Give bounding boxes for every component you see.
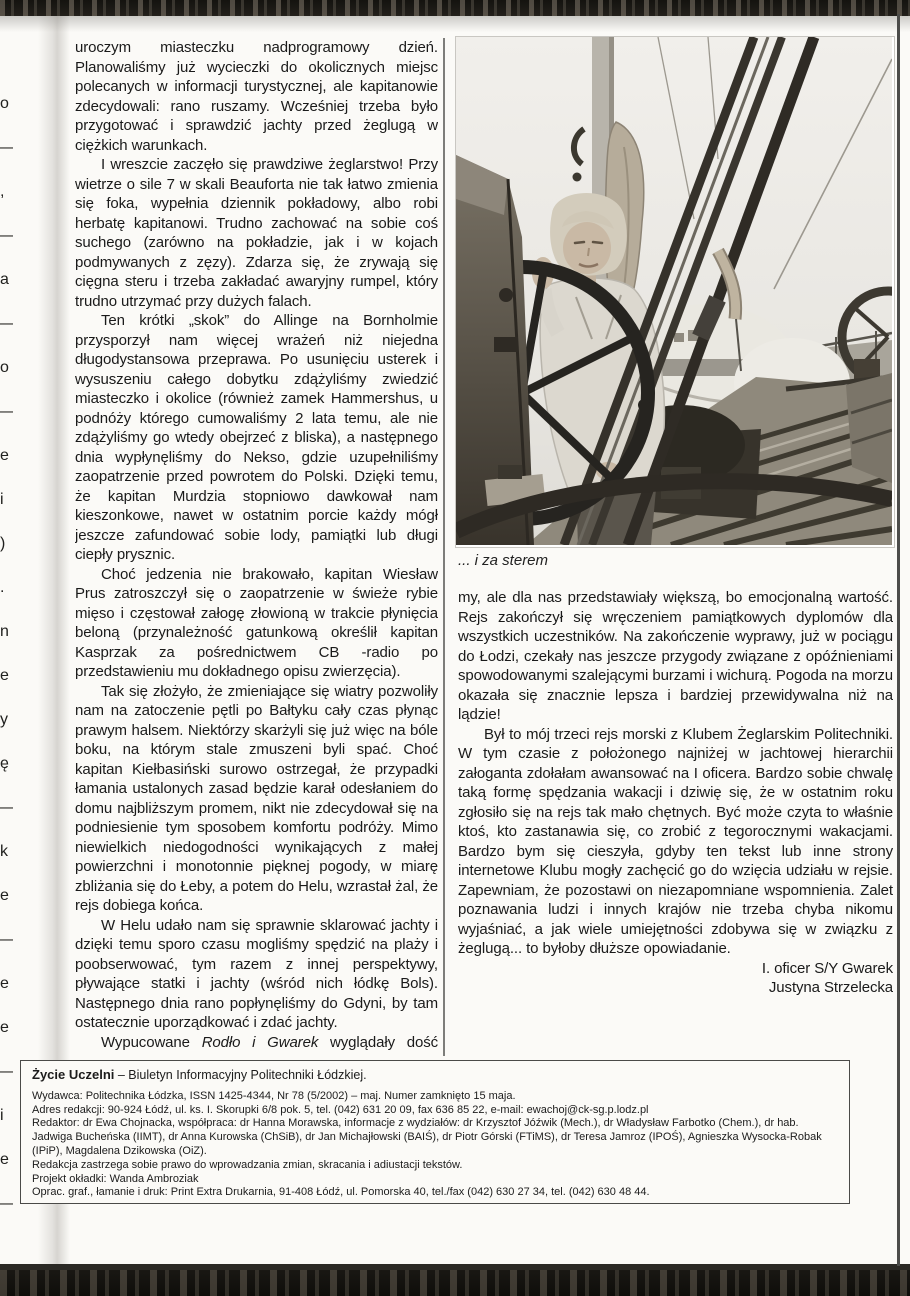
paragraph: Był to mój trzeci rejs morski z Klubem Ż… — [458, 725, 893, 959]
imprint-title: Życie Uczelni – Biuletyn Informacyjny Po… — [32, 1068, 838, 1083]
paragraph: I wreszcie zaczęło się prawdziwe żeglars… — [75, 155, 438, 311]
scan-edge-top-shadow — [0, 16, 910, 32]
imprint-cover: Projekt okładki: Wanda Ambroziak — [32, 1173, 838, 1187]
column-divider — [443, 38, 445, 1056]
paragraph: Wypucowane Rodło i Gwarek wyglądały dość… — [75, 1033, 438, 1053]
imprint-box: Życie Uczelni – Biuletyn Informacyjny Po… — [20, 1060, 850, 1204]
sailing-photo-illustration — [456, 37, 892, 545]
paragraph: my, ale dla nas przedstawiały większą, b… — [458, 588, 893, 725]
paragraph: Ten krótki „skok” do Allinge na Bornholm… — [75, 311, 438, 565]
right-column: my, ale dla nas przedstawiały większą, b… — [458, 588, 893, 1048]
photo-woman-at-helm — [455, 36, 895, 548]
page-edge-line — [897, 14, 900, 1266]
paragraph: Tak się złożyło, że zmieniające się wiat… — [75, 682, 438, 916]
imprint-publisher: Wydawca: Politechnika Łódzka, ISSN 1425-… — [32, 1090, 838, 1104]
paragraph: uroczym miasteczku nadprogramowy dzień. … — [75, 38, 438, 155]
scanned-magazine-page: { "article": { "left": { "p1": "uroczym … — [0, 0, 910, 1296]
paragraph: W Helu udało nam się sprawnie sklarować … — [75, 916, 438, 1033]
yacht-names-italic: Rodło i Gwarek — [202, 1034, 319, 1051]
bulletin-name: Życie Uczelni — [32, 1067, 114, 1082]
signature-role: I. oficer S/Y Gwarek — [458, 959, 893, 979]
imprint-address: Adres redakcji: 90-924 Łódź, ul. ks. I. … — [32, 1104, 838, 1118]
bulletin-subtitle: – Biuletyn Informacyjny Politechniki Łód… — [114, 1068, 366, 1082]
imprint-rights: Redakcja zastrzega sobie prawo do wprowa… — [32, 1159, 838, 1173]
left-column: uroczym miasteczku nadprogramowy dzień. … — [75, 38, 438, 1052]
left-margin-text-fragments: ł o — , — a — o — e i ) . n e y ę — k e … — [0, 38, 13, 1248]
paragraph: Choć jedzenia nie brakowało, kapitan Wie… — [75, 565, 438, 682]
scan-edge-top — [0, 0, 910, 16]
paragraph-text: Wypucowane — [101, 1034, 202, 1051]
signature-name: Justyna Strzelecka — [458, 978, 893, 998]
imprint-print: Oprac. graf., łamanie i druk: Print Extr… — [32, 1186, 838, 1200]
imprint-editors: Redaktor: dr Ewa Chojnacka, współpraca: … — [32, 1117, 838, 1158]
photo-caption: ... i za sterem — [458, 552, 758, 569]
scan-edge-bottom — [0, 1270, 910, 1296]
